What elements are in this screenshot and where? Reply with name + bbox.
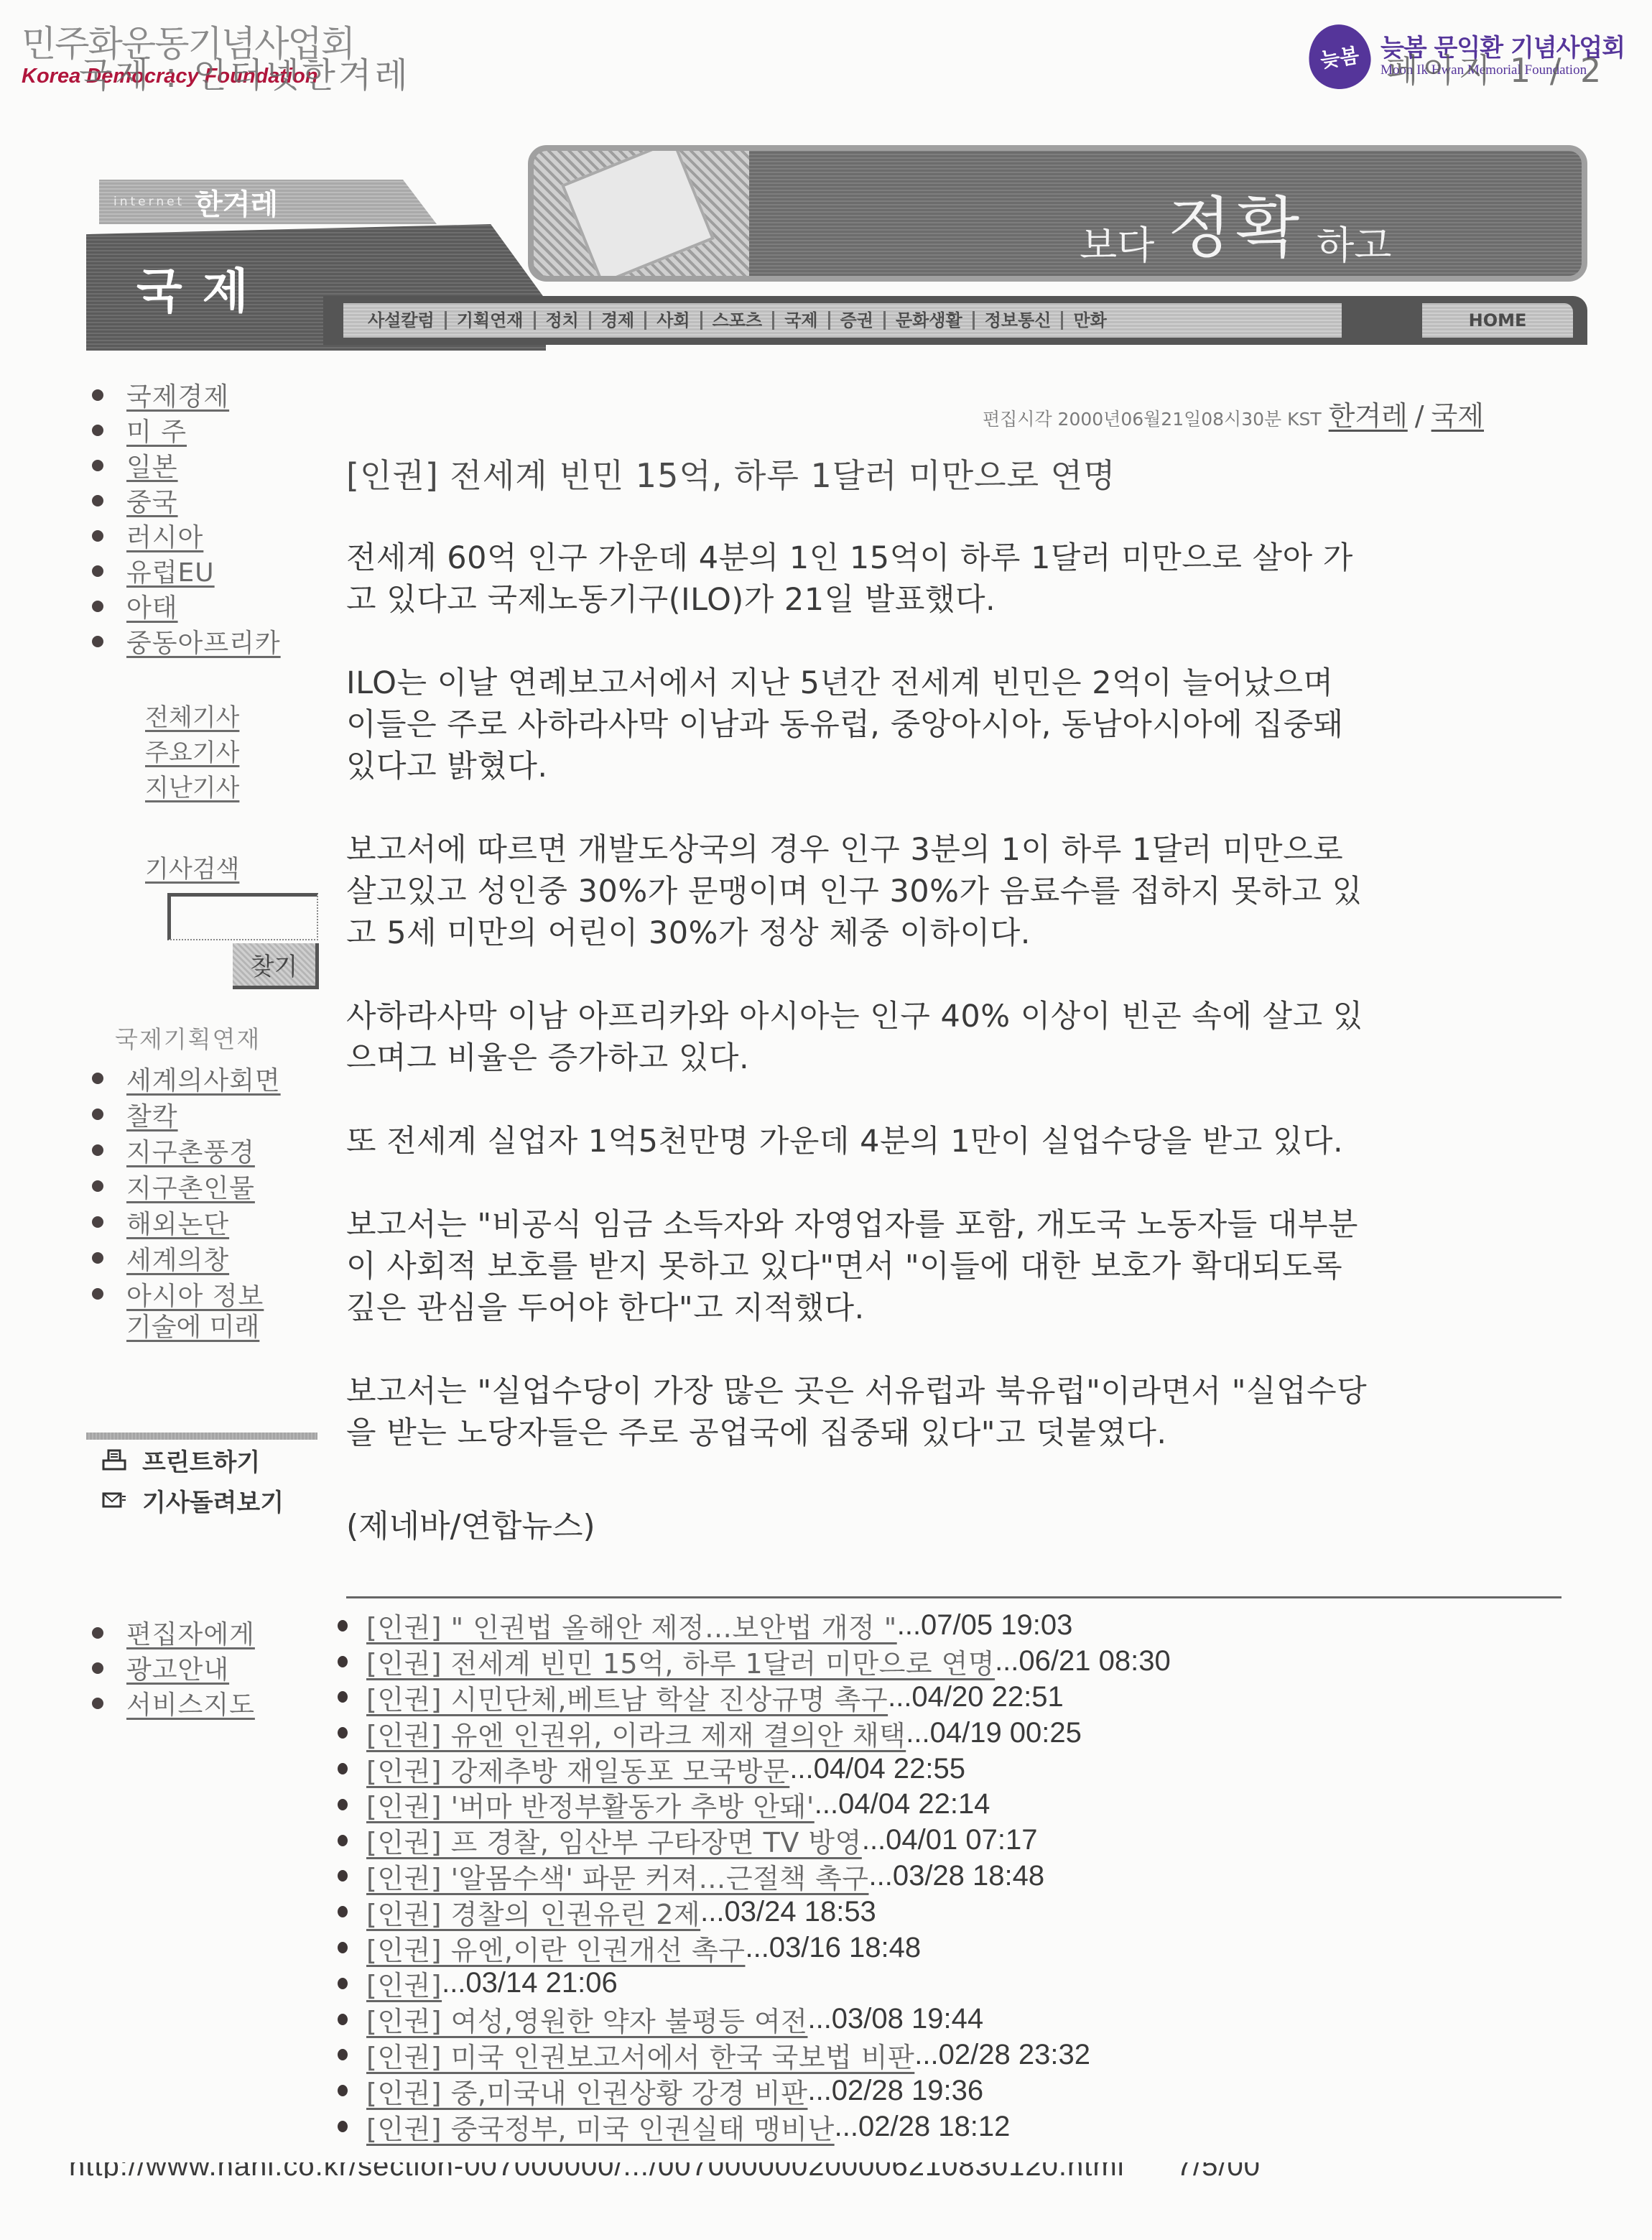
series-heading: 국제기획연재: [115, 1021, 323, 1055]
search-button[interactable]: 찾기: [233, 943, 319, 989]
nav-culture[interactable]: 문화생활: [886, 311, 975, 330]
hankyoreh-logo[interactable]: internet 한겨레: [99, 180, 437, 224]
related-article-time: ...06/21 08:30: [995, 1645, 1171, 1677]
edit-timestamp: 편집시각 2000년06월21일08시30분 KST: [983, 405, 1322, 431]
nav-international[interactable]: 국제: [774, 311, 830, 330]
bullet-icon: [92, 495, 103, 506]
list-item: 지구촌인물: [86, 1168, 323, 1204]
related-article-link[interactable]: [인권] 미국 인권보고서에서 한국 국보법 비판: [366, 2035, 914, 2075]
bullet-icon: [92, 1662, 103, 1674]
nav-editorial[interactable]: 사설칼럼: [358, 311, 447, 330]
nav-stocks[interactable]: 증권: [830, 311, 886, 330]
article-paragraph: 전세계 60억 인구 가운데 4분의 1인 15억이 하루 1달러 미만으로 살…: [346, 537, 1567, 621]
related-article-time: ...02/28 18:12: [835, 2111, 1011, 2143]
advertising-link[interactable]: 광고안내: [126, 1649, 229, 1686]
bullet-icon: [338, 1942, 348, 1953]
series-link[interactable]: 해외논단: [126, 1204, 229, 1241]
list-item: 미 주: [86, 412, 323, 448]
region-link-americas[interactable]: 미 주: [126, 412, 187, 448]
series-link[interactable]: 지구촌인물: [126, 1168, 255, 1205]
related-article-link[interactable]: [인권] 강제추방 재일동포 모국방문: [366, 1749, 789, 1789]
slogan: 보다 정확 하고: [1080, 175, 1391, 270]
bullet-icon: [92, 460, 103, 471]
list-item: 광고안내: [86, 1650, 323, 1685]
series-link[interactable]: 세계의사회면: [126, 1060, 281, 1097]
site-footer-links: 편집자에게 광고안내 서비스지도: [86, 1615, 323, 1721]
bullet-icon: [338, 1835, 348, 1846]
related-article-time: ...03/28 18:48: [868, 1860, 1044, 1892]
list-item: [인권] ...03/14 21:06: [338, 1966, 1171, 2001]
series-list: 세계의사회면 찰칵 지구촌풍경 지구촌인물 해외논단 세계의창 아시아 정보: [86, 1060, 323, 1312]
bullet-icon: [338, 2121, 348, 2132]
series-link[interactable]: 아시아 정보: [126, 1276, 264, 1313]
series-link[interactable]: 세계의창: [126, 1240, 229, 1277]
list-item: 편집자에게: [86, 1615, 323, 1650]
bullet-icon: [92, 389, 103, 401]
bullet-icon: [92, 425, 103, 436]
article-paragraph: 사하라사막 이남 아프리카와 아시아는 인구 40% 이상이 빈곤 속에 살고 …: [346, 996, 1567, 1079]
related-article-link[interactable]: [인권] 유엔,이란 인권개선 촉구: [366, 1928, 745, 1968]
sitemap-link[interactable]: 서비스지도: [126, 1685, 255, 1721]
bullet-icon: [92, 1288, 103, 1300]
related-article-link[interactable]: [인권] '버마 반정부활동가 추방 안돼': [366, 1785, 815, 1824]
foundation-seal-icon: 늦봄: [1304, 20, 1375, 93]
email-label: 기사돌려보기: [142, 1483, 284, 1518]
related-article-time: ...03/24 18:53: [700, 1896, 876, 1928]
slogan-part-3: 하고: [1317, 215, 1391, 270]
nav-series[interactable]: 기획연재: [447, 311, 536, 330]
related-article-time: ...07/05 19:03: [897, 1609, 1073, 1642]
bullet-icon: [338, 2014, 348, 2025]
slogan-part-1: 보다: [1080, 215, 1154, 270]
list-item: [인권] '버마 반정부활동가 추방 안돼'...04/04 22:14: [338, 1787, 1171, 1823]
to-editor-link[interactable]: 편집자에게: [126, 1614, 255, 1651]
article-paragraph: ILO는 이날 연례보고서에서 지난 5년간 전세계 빈민은 2억이 늘어났으며…: [346, 662, 1567, 787]
list-item: [인권] 시민단체,베트남 학살 진상규명 촉구...04/20 22:51: [338, 1680, 1171, 1716]
bullet-icon: [338, 1691, 348, 1703]
region-list: 국제경제 미 주 일본 중국 러시아 유럽EU 아태 중동아프리카: [86, 377, 323, 659]
list-item: 해외논단: [86, 1204, 323, 1240]
email-article-button[interactable]: 기사돌려보기: [102, 1480, 323, 1520]
list-item: [인권] 경찰의 인권유린 2제...03/24 18:53: [338, 1894, 1171, 1930]
list-item: [인권] " 인권법 올해안 제정…보안법 개정 "...07/05 19:03: [338, 1608, 1171, 1644]
print-label: 프린트하기: [142, 1443, 260, 1478]
related-article-time: ...04/01 07:17: [862, 1824, 1038, 1856]
article-paragraph: 보고서는 "실업수당이 가장 많은 곳은 서유럽과 북유럽"이라면서 "실업수당…: [346, 1371, 1567, 1454]
logo-hankyoreh-text: 한겨레: [195, 182, 278, 223]
region-link-mideast-africa[interactable]: 중동아프리카: [126, 623, 281, 659]
bullet-icon: [338, 1870, 348, 1882]
slogan-part-2: 정확: [1167, 175, 1304, 270]
logo-internet-text: internet: [113, 195, 185, 209]
bullet-icon: [92, 1109, 103, 1120]
site-banner: internet 한겨레 국제 보다 정확 하고 사설칼럼 기획연재 정치 경제…: [86, 144, 1587, 352]
list-item: 세계의사회면: [86, 1060, 323, 1096]
section-menu: 사설칼럼 기획연재 정치 경제 사회 스포츠 국제 증권 문화생활 정보통신 만…: [343, 303, 1342, 338]
breadcrumb-hankyoreh[interactable]: 한겨레: [1329, 394, 1408, 433]
bullet-icon: [92, 1180, 103, 1192]
bullet-icon: [92, 1216, 103, 1228]
tools-divider: [86, 1433, 317, 1440]
nav-cartoon[interactable]: 만화: [1063, 311, 1116, 330]
list-item: 지구촌풍경: [86, 1132, 323, 1168]
region-link-economy[interactable]: 국제경제: [126, 376, 229, 413]
list-item: [인권] '알몸수색' 파문 커져…근절책 촉구...03/28 18:48: [338, 1859, 1171, 1894]
left-sidebar: 국제경제 미 주 일본 중국 러시아 유럽EU 아태 중동아프리카 전체기사 주…: [86, 377, 323, 1721]
nav-it[interactable]: 정보통신: [975, 311, 1064, 330]
region-link-asia-pacific[interactable]: 아태: [126, 588, 178, 624]
nav-sports[interactable]: 스포츠: [702, 311, 775, 330]
bullet-icon: [92, 1627, 103, 1639]
hero-banner: 보다 정확 하고: [528, 145, 1587, 282]
bullet-icon: [92, 601, 103, 612]
related-article-link[interactable]: [인권] 여성,영원한 약자 불평등 여전: [366, 1999, 807, 2039]
bullet-icon: [92, 1252, 103, 1264]
bullet-icon: [338, 1620, 348, 1632]
nav-economy[interactable]: 경제: [591, 311, 646, 330]
bullet-icon: [338, 1656, 348, 1667]
past-articles-link[interactable]: 지난기사: [145, 771, 323, 806]
list-item: 국제경제: [86, 377, 323, 412]
list-item: [인권] 미국 인권보고서에서 한국 국보법 비판...02/28 23:32: [338, 2037, 1171, 2073]
related-article-time: ...04/20 22:51: [888, 1681, 1064, 1713]
list-item: 러시아: [86, 518, 323, 553]
related-divider: [346, 1596, 1561, 1598]
bullet-icon: [92, 1073, 103, 1084]
bullet-icon: [92, 565, 103, 577]
article-search-link[interactable]: 기사검색: [145, 849, 323, 884]
article-headline: [인권] 전세계 빈민 15억, 하루 1달러 미만으로 연명: [346, 450, 1116, 497]
related-article-link[interactable]: [인권] 경찰의 인권유린 2제: [366, 1892, 700, 1932]
article-source: (제네바/연합뉴스): [346, 1500, 595, 1546]
related-article-link[interactable]: [인권] 중,미국내 인권상황 강경 비판: [366, 2071, 807, 2111]
bullet-icon: [338, 1978, 348, 1989]
bullet-icon: [338, 1727, 348, 1739]
series-link-continuation[interactable]: 기술에 미래: [126, 1312, 323, 1348]
related-article-link[interactable]: [인권] 프 경찰, 임산부 구타장면 TV 방영: [366, 1820, 862, 1860]
related-articles-list: [인권] " 인권법 올해안 제정…보안법 개정 "...07/05 19:03…: [338, 1608, 1171, 2144]
breadcrumb-separator: /: [1415, 400, 1424, 432]
list-item: 아태: [86, 588, 323, 624]
related-article-time: ...03/14 21:06: [442, 1967, 618, 1999]
related-article-time: ...02/28 19:36: [807, 2075, 983, 2107]
list-item: 유럽EU: [86, 553, 323, 588]
region-link-japan[interactable]: 일본: [126, 447, 178, 483]
region-link-russia[interactable]: 러시아: [126, 517, 203, 554]
print-button[interactable]: 프린트하기: [102, 1440, 323, 1480]
list-item: 서비스지도: [86, 1685, 323, 1721]
print-header-title: 국제 : 인터넷한겨레: [79, 47, 411, 97]
list-item: [인권] 중국정부, 미국 인권실태 맹비난...02/28 18:12: [338, 2109, 1171, 2144]
article-body: 전세계 60억 인구 가운데 4분의 1인 15억이 하루 1달러 미만으로 살…: [346, 537, 1567, 1496]
related-article-link[interactable]: [인권] 시민단체,베트남 학살 진상규명 촉구: [366, 1677, 888, 1717]
related-article-link[interactable]: [인권] 중국정부, 미국 인권실태 맹비난: [366, 2107, 835, 2147]
newspaper-photo: [534, 151, 749, 276]
bullet-icon: [338, 1763, 348, 1774]
list-item: 일본: [86, 448, 323, 483]
related-article-link[interactable]: [인권] " 인권법 올해안 제정…보안법 개정 ": [366, 1606, 897, 1645]
printer-icon: [102, 1449, 126, 1471]
related-article-link[interactable]: [인권] 전세계 빈민 15억, 하루 1달러 미만으로 연명: [366, 1642, 995, 1681]
list-item: [인권] 여성,영원한 약자 불평등 여전...03/08 19:44: [338, 2001, 1171, 2037]
print-url: http://www.hani.co.kr/section-007000000/…: [69, 2162, 1125, 2178]
region-link-china[interactable]: 중국: [126, 482, 178, 519]
series-link[interactable]: 찰칵: [126, 1096, 178, 1133]
print-date: 7/5/00: [1177, 2162, 1261, 2178]
bullet-icon: [338, 2049, 348, 2060]
list-item: 중국: [86, 483, 323, 518]
breadcrumb-international[interactable]: 국제: [1431, 394, 1484, 433]
bullet-icon: [338, 1906, 348, 1917]
home-button[interactable]: HOME: [1422, 303, 1573, 338]
envelope-icon: [102, 1489, 126, 1511]
article-archive-links: 전체기사 주요기사 지난기사: [145, 700, 323, 806]
print-page-count: 페이지 1 / 2: [1386, 45, 1605, 92]
list-item: 세계의창: [86, 1240, 323, 1276]
bullet-icon: [338, 2085, 348, 2096]
series-link[interactable]: 지구촌풍경: [126, 1132, 255, 1169]
related-article-time: ...04/04 22:14: [815, 1788, 990, 1820]
region-link-europe[interactable]: 유럽EU: [126, 552, 215, 589]
article-paragraph: 또 전세계 실업자 1억5천만명 가운데 4분의 1만이 실업수당을 받고 있다…: [346, 1121, 1567, 1162]
list-item: [인권] 중,미국내 인권상황 강경 비판...02/28 19:36: [338, 2073, 1171, 2109]
related-article-link[interactable]: [인권] 유엔 인권위, 이라크 제재 결의안 채택: [366, 1713, 906, 1753]
related-article-link[interactable]: [인권] '알몸수색' 파문 커져…근절책 촉구: [366, 1856, 868, 1896]
print-footer: http://www.hani.co.kr/section-007000000/…: [69, 2162, 1261, 2178]
search-input[interactable]: [167, 893, 318, 940]
related-article-time: ...04/19 00:25: [906, 1717, 1082, 1749]
related-article-time: ...03/08 19:44: [807, 2003, 983, 2035]
section-navbar: 사설칼럼 기획연재 정치 경제 사회 스포츠 국제 증권 문화생활 정보통신 만…: [323, 296, 1587, 345]
nav-society[interactable]: 사회: [646, 311, 702, 330]
list-item: [인권] 유엔,이란 인권개선 촉구...03/16 18:48: [338, 1930, 1171, 1966]
bullet-icon: [92, 1144, 103, 1156]
bullet-icon: [338, 1799, 348, 1810]
list-item: [인권] 전세계 빈민 15억, 하루 1달러 미만으로 연명...06/21 …: [338, 1644, 1171, 1680]
section-title: 국제: [136, 253, 269, 321]
list-item: 찰칵: [86, 1096, 323, 1132]
top-articles-link[interactable]: 주요기사: [145, 736, 323, 771]
list-item: 중동아프리카: [86, 624, 323, 659]
article-paragraph: 보고서는 "비공식 임금 소득자와 자영업자를 포함, 개도국 노동자들 대부분…: [346, 1204, 1567, 1329]
bullet-icon: [92, 530, 103, 542]
bullet-icon: [92, 636, 103, 647]
list-item: [인권] 유엔 인권위, 이라크 제재 결의안 채택...04/19 00:25: [338, 1715, 1171, 1751]
nav-politics[interactable]: 정치: [536, 311, 591, 330]
list-item: [인권] 강제추방 재일동포 모국방문 ...04/04 22:55: [338, 1751, 1171, 1787]
related-article-time: ...04/04 22:55: [789, 1753, 965, 1785]
bullet-icon: [92, 1698, 103, 1709]
related-article-time: ...03/16 18:48: [745, 1932, 921, 1964]
related-article-link[interactable]: [인권]: [366, 1963, 442, 2003]
all-articles-link[interactable]: 전체기사: [145, 700, 323, 736]
list-item: [인권] 프 경찰, 임산부 구타장면 TV 방영...04/01 07:17: [338, 1823, 1171, 1859]
article-dateline: 편집시각 2000년06월21일08시30분 KST 한겨레/국제: [983, 394, 1484, 433]
list-item: 아시아 정보: [86, 1276, 323, 1312]
article-paragraph: 보고서에 따르면 개발도상국의 경우 인구 3분의 1이 하루 1달러 미만으로…: [346, 829, 1567, 954]
related-article-time: ...02/28 23:32: [914, 2039, 1090, 2071]
